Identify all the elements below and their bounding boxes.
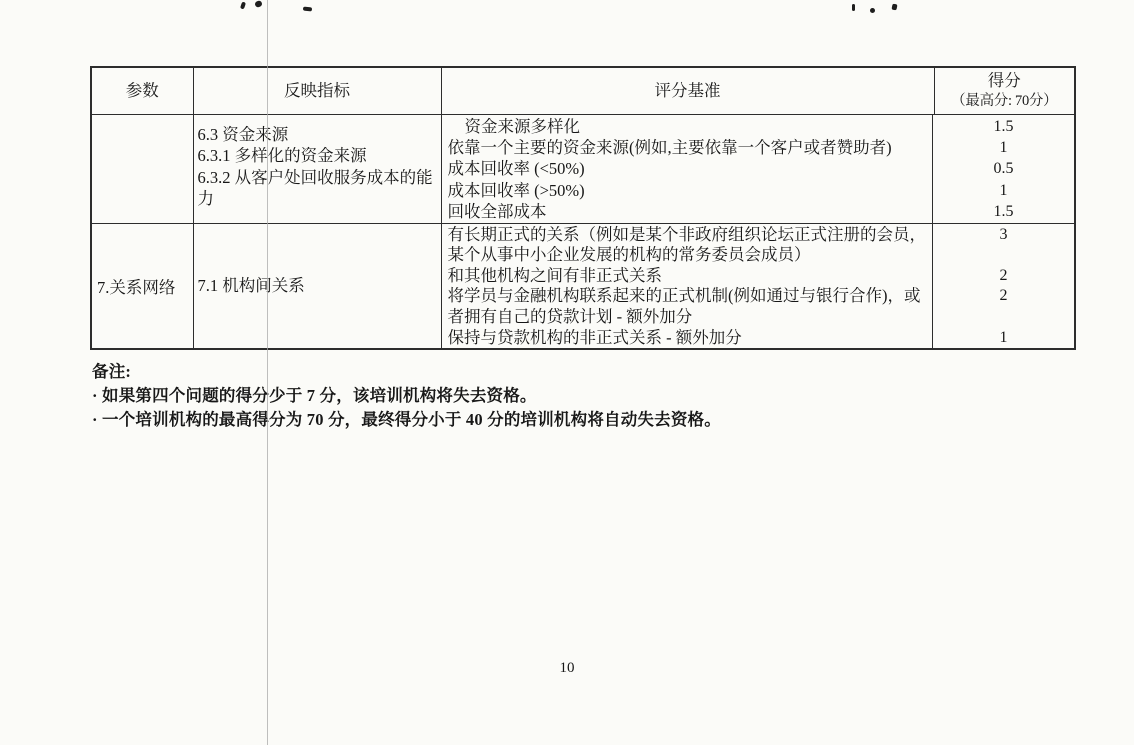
header-score-title: 得分 bbox=[935, 71, 1075, 91]
score-value: 2 bbox=[933, 286, 1074, 307]
notes-title: 备注: bbox=[92, 360, 932, 384]
score-value: 1 bbox=[933, 180, 1074, 201]
ink-mark bbox=[891, 4, 897, 11]
score-value: 1.5 bbox=[933, 116, 1074, 137]
ink-mark bbox=[303, 7, 312, 12]
criteria-text: 成本回收率 (<50%) bbox=[442, 158, 934, 179]
note-line: · 一个培训机构的最高得分为 70 分，最终得分小于 40 分的培训机构将自动失… bbox=[92, 408, 932, 432]
criteria-line: 成本回收率 (<50%) 0.5 bbox=[442, 158, 1075, 179]
column-divider bbox=[932, 115, 933, 223]
criteria-text: 和其他机构之间有非正式关系 bbox=[442, 266, 934, 287]
indicator-cell: 6.3 资金来源 6.3.1 多样化的资金来源 6.3.2 从客户处回收服务成本… bbox=[193, 114, 441, 223]
criteria-line: 将学员与金融机构联系起来的正式机制(例如通过与银行合作)，或者拥有自己的贷款计划… bbox=[442, 286, 1075, 327]
score-value: 0.5 bbox=[933, 158, 1074, 179]
ink-mark bbox=[254, 0, 263, 8]
note-line: · 如果第四个问题的得分少于 7 分，该培训机构将失去资格。 bbox=[92, 384, 932, 408]
param-cell: 7.关系网络 bbox=[91, 223, 193, 349]
indicator-line: 7.1 机构间关系 bbox=[198, 275, 439, 297]
criteria-text: 成本回收率 (>50%) bbox=[442, 180, 934, 201]
criteria-line: 依靠一个主要的资金来源(例如,主要依靠一个客户或者赞助者) 1 bbox=[442, 137, 1075, 158]
score-value: 1 bbox=[933, 328, 1074, 349]
criteria-line: 成本回收率 (>50%) 1 bbox=[442, 180, 1075, 201]
score-value: 1 bbox=[933, 137, 1074, 158]
header-param: 参数 bbox=[91, 67, 193, 114]
criteria-text: 资金来源多样化 bbox=[442, 116, 934, 137]
header-score-max: （最高分: 70分） bbox=[935, 91, 1075, 111]
table-header-row: 参数 反映指标 评分基准 得分 （最高分: 70分） bbox=[91, 67, 1075, 114]
header-score: 得分 （最高分: 70分） bbox=[934, 67, 1075, 114]
ink-mark bbox=[240, 2, 246, 10]
scan-fold-line bbox=[267, 0, 268, 745]
notes-section: 备注: · 如果第四个问题的得分少于 7 分，该培训机构将失去资格。 · 一个培… bbox=[92, 360, 932, 432]
scanned-document-page: 参数 反映指标 评分基准 得分 （最高分: 70分） 6.3 资金来源 6.3.… bbox=[0, 0, 1134, 745]
param-cell bbox=[91, 114, 193, 223]
criteria-text: 依靠一个主要的资金来源(例如,主要依靠一个客户或者赞助者) bbox=[442, 137, 934, 158]
criteria-text: 将学员与金融机构联系起来的正式机制(例如通过与银行合作)，或者拥有自己的贷款计划… bbox=[442, 286, 934, 327]
criteria-line: 资金来源多样化 1.5 bbox=[442, 116, 1075, 137]
indicator-line: 6.3.2 从客户处回收服务成本的能力 bbox=[198, 167, 439, 210]
score-value: 3 bbox=[933, 225, 1074, 246]
table-row-network: 7.关系网络 7.1 机构间关系 有长期正式的关系（例如是某个非政府组织论坛正式… bbox=[91, 223, 1075, 349]
criteria-text: 保持与贷款机构的非正式关系 - 额外加分 bbox=[442, 328, 934, 349]
table-row-funding: 6.3 资金来源 6.3.1 多样化的资金来源 6.3.2 从客户处回收服务成本… bbox=[91, 114, 1075, 223]
indicator-cell: 7.1 机构间关系 bbox=[193, 223, 441, 349]
criteria-score-cell: 资金来源多样化 1.5 依靠一个主要的资金来源(例如,主要依靠一个客户或者赞助者… bbox=[441, 114, 1075, 223]
column-divider bbox=[932, 224, 933, 349]
header-indicator: 反映指标 bbox=[193, 67, 441, 114]
criteria-line: 有长期正式的关系（例如是某个非政府组织论坛正式注册的会员，某个从事中小企业发展的… bbox=[442, 225, 1075, 266]
scoring-table: 参数 反映指标 评分基准 得分 （最高分: 70分） 6.3 资金来源 6.3.… bbox=[90, 66, 1076, 350]
criteria-text: 回收全部成本 bbox=[442, 201, 934, 222]
criteria-line: 保持与贷款机构的非正式关系 - 额外加分 1 bbox=[442, 328, 1075, 349]
criteria-score-cell: 有长期正式的关系（例如是某个非政府组织论坛正式注册的会员，某个从事中小企业发展的… bbox=[441, 223, 1075, 349]
indicator-line: 6.3 资金来源 bbox=[198, 124, 439, 146]
ink-mark bbox=[870, 8, 875, 13]
score-value: 1.5 bbox=[933, 201, 1074, 222]
criteria-line: 和其他机构之间有非正式关系 2 bbox=[442, 266, 1075, 287]
indicator-line: 6.3.1 多样化的资金来源 bbox=[198, 145, 439, 167]
criteria-line: 回收全部成本 1.5 bbox=[442, 201, 1075, 222]
page-number: 10 bbox=[0, 660, 1134, 677]
ink-mark bbox=[852, 4, 855, 11]
header-criteria: 评分基准 bbox=[441, 67, 934, 114]
criteria-text: 有长期正式的关系（例如是某个非政府组织论坛正式注册的会员，某个从事中小企业发展的… bbox=[442, 225, 934, 266]
score-value: 2 bbox=[933, 266, 1074, 287]
